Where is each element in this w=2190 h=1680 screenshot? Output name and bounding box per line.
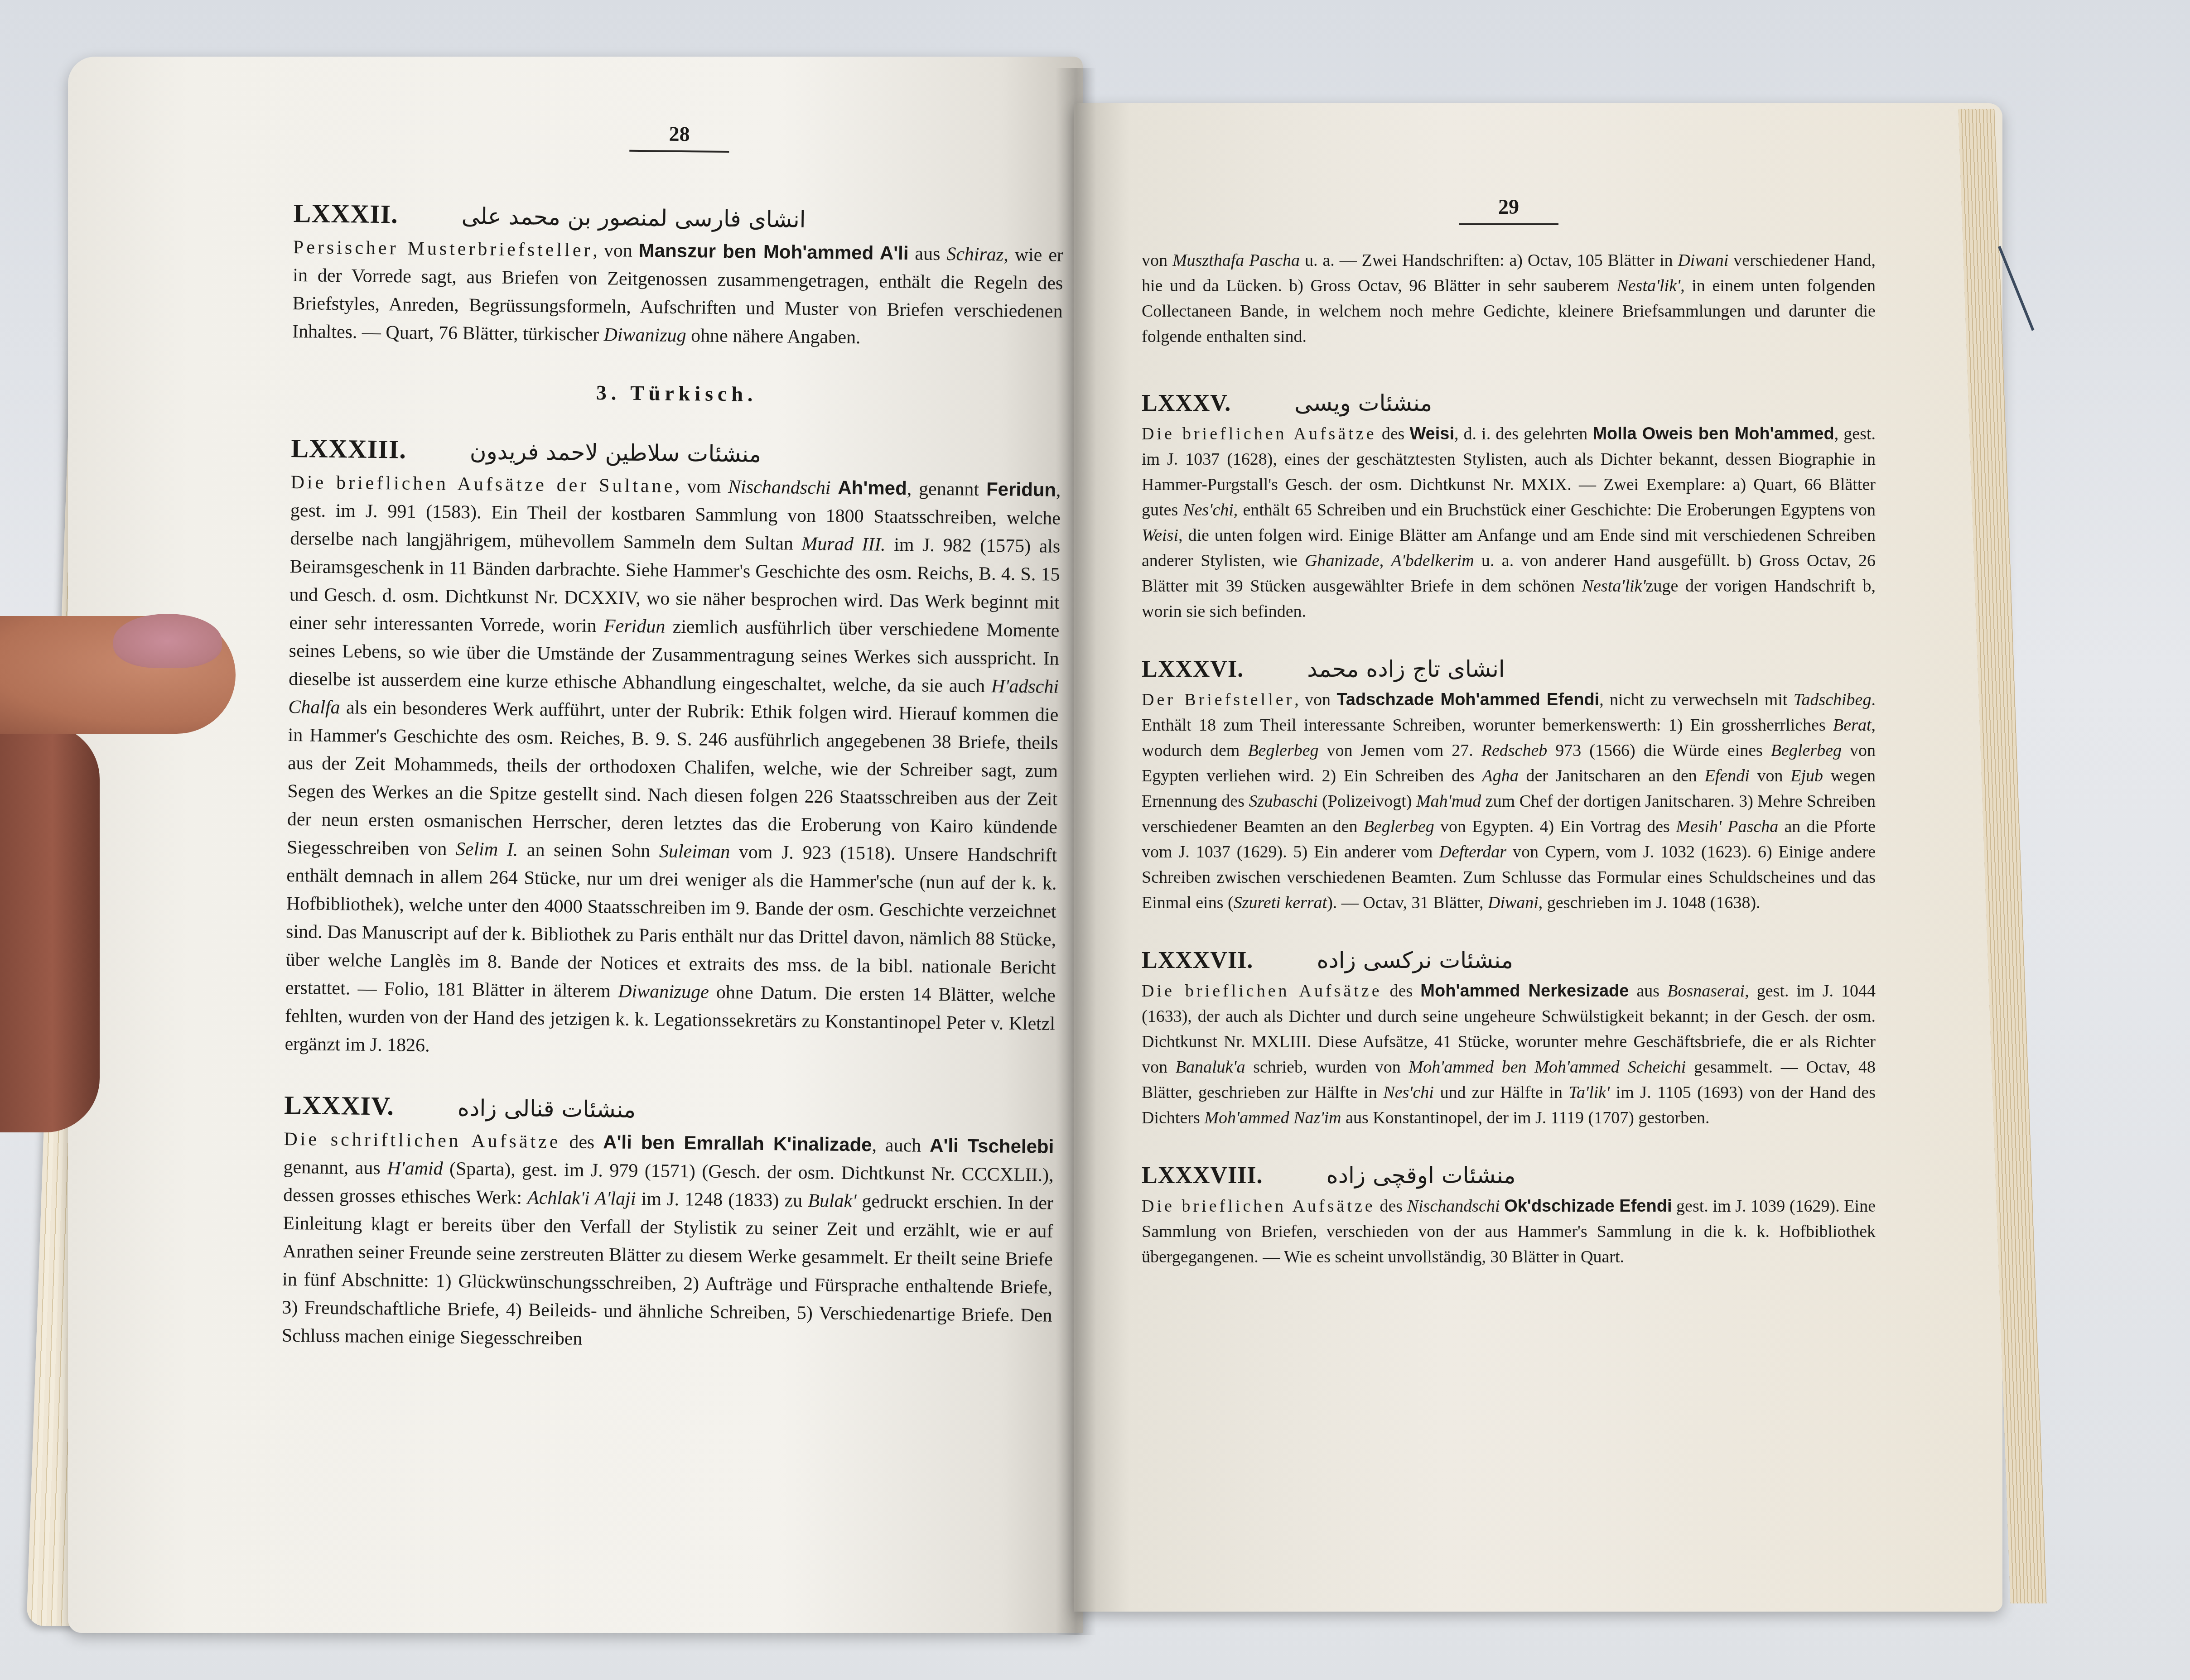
entry-heading: LXXXVI.انشای تاج زاده محمد [1142, 656, 1876, 683]
italic-term: Nischandschi [728, 477, 831, 498]
text-run: von Jemen vom 27. [1319, 741, 1481, 760]
text-run [1500, 1197, 1504, 1216]
text-run: , vom [675, 476, 728, 497]
italic-term: Ta'lik' [1568, 1083, 1610, 1102]
text-run: der Janitscharen an den [1519, 766, 1705, 785]
text-run: u. a. — Zwei Handschriften: a) Octav, 10… [1300, 251, 1678, 270]
entry-body: Die brieflichen Aufsätze des Weisi, d. i… [1142, 421, 1876, 624]
catalog-entry: LXXXIV.منشئات قنالی زادهDie schriftliche… [282, 1090, 1055, 1358]
open-book: 28 LXXXII.انشای فارسی لمنصور بن محمد علی… [0, 0, 2190, 1680]
text-run: , nicht zu verwechseln mit [1599, 690, 1794, 709]
text-run: und zur Hälfte in [1434, 1083, 1568, 1102]
text-run: genannt, aus [283, 1157, 387, 1179]
italic-term: Szubaschi [1249, 792, 1317, 811]
italic-term: Selim I. [456, 839, 518, 860]
italic-term: Beglerbeg [1248, 741, 1318, 760]
bookmark-thread [1998, 246, 2034, 331]
arabic-title: منشئات نرکسی زاده [1317, 947, 1513, 973]
italic-term: Schiraz [946, 244, 1003, 265]
italic-term: Bosnaserai [1667, 982, 1745, 1001]
italic-term: Defterdar [1439, 842, 1506, 862]
arabic-title: منشئات قنالی زاده [458, 1095, 636, 1123]
italic-term: Moh'ammed ben Moh'ammed Scheichi [1409, 1058, 1686, 1077]
bold-name: Ok'dschizade Efendi [1504, 1197, 1672, 1216]
text-run: des [560, 1131, 603, 1153]
arabic-title: انشای تاج زاده محمد [1307, 656, 1505, 682]
text-run: (Polizeivogt) [1317, 792, 1416, 811]
text-run: von [1142, 251, 1172, 270]
catalog-entry: LXXXVI.انشای تاج زاده محمدDer Briefstell… [1142, 656, 1876, 915]
italic-term: Suleiman [659, 841, 730, 863]
italic-term: Weisi [1142, 526, 1178, 545]
italic-term: Ejub [1790, 766, 1823, 785]
entry-body: Die brieflichen Aufsätze der Sultane, vo… [285, 468, 1061, 1066]
catalog-entry: LXXXII.انشای فارسی لمنصور بن محمد علیPer… [292, 198, 1064, 354]
text-run: , von [1294, 690, 1336, 709]
italic-term: Diwanizug [603, 324, 686, 346]
bold-name: Feridun [986, 478, 1056, 501]
italic-term: Diwanizuge [618, 981, 709, 1003]
italic-term: Nischandschi [1407, 1197, 1500, 1216]
text-run: an seinen Sohn [518, 839, 659, 862]
text-run: ohne nähere Angaben. [686, 325, 860, 348]
italic-term: Nes'chi [1183, 501, 1234, 520]
bold-name: Moh'ammed Nerkesizade [1420, 982, 1629, 1001]
text-run [830, 477, 838, 498]
entry-body: Die brieflichen Aufsätze des Nischandsch… [1142, 1194, 1876, 1270]
hand-holding-book [0, 589, 236, 1178]
italic-term: Efendi [1705, 766, 1750, 785]
italic-term: Diwani [1678, 251, 1728, 270]
italic-term: Diwani [1488, 893, 1539, 912]
text-run: , geschrieben im J. 1048 (1638). [1539, 893, 1761, 912]
italic-term: Muszthafa Pascha [1172, 251, 1300, 270]
arabic-title: منشئات اوقچی زاده [1327, 1162, 1516, 1189]
bold-name: A'li Tschelebi [930, 1135, 1054, 1157]
entry-body: Die brieflichen Aufsätze des Moh'ammed N… [1142, 978, 1876, 1131]
text-run: , enthält 65 Schreiben und ein Bruchstüc… [1234, 501, 1876, 520]
text-run: als ein besonderes Werk aufführt, unter … [287, 697, 1059, 860]
entries: LXXXV.منشئات ویسیDie brieflichen Aufsätz… [1142, 390, 1876, 1270]
italic-term: Moh'ammed Naz'im [1204, 1108, 1341, 1127]
entry-numeral: LXXXVII. [1142, 947, 1253, 974]
text-run: 973 (1566) die Würde eines [1547, 741, 1771, 760]
entry-numeral: LXXXII. [293, 198, 398, 229]
entries-after-heading: LXXXIII.منشئات سلاطین لاحمد فریدونDie br… [282, 433, 1061, 1358]
italic-term: Tadschibeg [1794, 690, 1872, 709]
catalog-entry: LXXXVII.منشئات نرکسی زادهDie brieflichen… [1142, 947, 1876, 1131]
entry-numeral: LXXXV. [1142, 390, 1231, 417]
italic-term: Berat [1833, 716, 1871, 735]
text-run: im J. 1248 (1833) zu [636, 1189, 808, 1211]
italic-term: Mah'mud [1416, 792, 1481, 811]
entry-numeral: LXXXIII. [291, 433, 406, 465]
italic-term: Ghanizade [1305, 551, 1380, 570]
catalog-entry: LXXXV.منشئات ویسیDie brieflichen Aufsätz… [1142, 390, 1876, 624]
italic-term: Nesta'lik' [1616, 276, 1680, 295]
entry-numeral: LXXXVI. [1142, 656, 1244, 683]
text-run: , [1380, 551, 1391, 570]
continued-paragraph: von Muszthafa Pascha u. a. — Zwei Handsc… [1142, 248, 1876, 349]
text-run: des [1382, 982, 1421, 1001]
entry-heading: LXXXII.انشای فارسی لمنصور بن محمد علی [293, 198, 1064, 236]
italic-term: Redscheb [1481, 741, 1548, 760]
text-run: ). — Octav, 31 Blätter, [1327, 893, 1488, 912]
text-run: von Egypten. 4) Ein Vortrag des [1434, 817, 1676, 836]
entry-numeral: LXXXIV. [284, 1090, 395, 1122]
right-page-text: 29 von Muszthafa Pascha u. a. — Zwei Han… [1142, 195, 1876, 1301]
bold-name: Tadschzade Moh'ammed Efendi [1336, 690, 1599, 709]
bold-name: Molla Oweis ben Moh'ammed [1592, 424, 1834, 443]
italic-term: Beglerbeg [1771, 741, 1842, 760]
page-number: 29 [1142, 195, 1876, 219]
text-run: Die brieflichen Aufsätze der Sultane [290, 472, 675, 497]
thumbnail [113, 614, 222, 668]
text-run: Die brieflichen Aufsätze [1142, 424, 1377, 443]
text-run: Der Briefsteller [1142, 690, 1294, 709]
italic-term: Beglerbeg [1364, 817, 1434, 836]
entry-heading: LXXXVIII.منشئات اوقچی زاده [1142, 1162, 1876, 1189]
italic-term: Bulak' [808, 1190, 856, 1212]
text-run: Die brieflichen Aufsätze [1142, 982, 1382, 1001]
italic-term: A'bdelkerim [1391, 551, 1474, 570]
bold-name: Weisi [1409, 424, 1454, 443]
entry-heading: LXXXIV.منشئات قنالی زاده [284, 1090, 1055, 1128]
text-run: aus [908, 243, 946, 265]
entry-numeral: LXXXVIII. [1142, 1162, 1263, 1189]
italic-term: H'amid [387, 1158, 443, 1179]
arabic-title: انشای فارسی لمنصور بن محمد علی [461, 203, 806, 233]
text-run: , auch [872, 1135, 930, 1156]
text-run: , genannt [907, 478, 987, 500]
text-run: aus [1629, 982, 1667, 1001]
text-run: vom J. 923 (1518). Unsere Handschrift en… [285, 842, 1057, 1001]
italic-term: Agha [1482, 766, 1518, 785]
fingers [0, 725, 100, 1132]
text-run: des [1375, 1197, 1407, 1216]
text-run: Die schriftlichen Aufsätze [284, 1129, 561, 1152]
text-run: , von [593, 240, 639, 261]
text-run: Die brieflichen Aufsätze [1142, 1197, 1375, 1216]
bold-name: Ah'med [838, 477, 907, 499]
italic-term: Banaluk'a [1176, 1058, 1245, 1077]
italic-term: Nes'chi [1383, 1083, 1434, 1102]
text-run: gedruckt erschien. In der Einleitung kla… [282, 1191, 1054, 1349]
arabic-title: منشئات ویسی [1294, 390, 1432, 416]
entry-heading: LXXXV.منشئات ویسی [1142, 390, 1876, 417]
entry-heading: LXXXVII.منشئات نرکسی زاده [1142, 947, 1876, 974]
text-run: , d. i. des gelehrten [1454, 424, 1593, 443]
text-run: schrieb, wurden von [1245, 1058, 1409, 1077]
left-page-text: 28 LXXXII.انشای فارسی لمنصور بن محمد علی… [281, 118, 1065, 1390]
header-rule [1459, 223, 1558, 225]
bold-name: A'li ben Emrallah K'inalizade [603, 1131, 872, 1155]
header-rule [629, 150, 729, 153]
italic-term: Mesih' Pascha [1676, 817, 1778, 836]
entries-before-heading: LXXXII.انشای فارسی لمنصور بن محمد علیPer… [292, 198, 1064, 354]
text-run: von [1750, 766, 1791, 785]
catalog-entry: LXXXIII.منشئات سلاطین لاحمد فریدونDie br… [285, 433, 1061, 1066]
bold-name: Manszur ben Moh'ammed A'li [639, 240, 909, 264]
arabic-title: منشئات سلاطین لاحمد فریدون [470, 438, 762, 467]
italic-term: Achlak'i A'laji [527, 1188, 636, 1210]
catalog-entry: LXXXVIII.منشئات اوقچی زادهDie briefliche… [1142, 1162, 1876, 1270]
entry-body: Die schriftlichen Aufsätze des A'li ben … [282, 1125, 1054, 1358]
entry-body: Der Briefsteller, von Tadschzade Moh'amm… [1142, 687, 1876, 915]
italic-term: Murad III. [801, 534, 886, 555]
entry-body: Persischer Musterbriefsteller, von Mansz… [292, 233, 1064, 354]
italic-term: Feridun [604, 616, 666, 637]
text-run: des [1377, 424, 1410, 443]
text-run: aus Konstantinopel, der im J. 1119 (1707… [1341, 1108, 1710, 1127]
section-heading: 3. Türkisch. [291, 377, 1061, 409]
entry-heading: LXXXIII.منشئات سلاطین لاحمد فریدون [291, 433, 1061, 472]
italic-term: Szureti kerrat [1234, 893, 1327, 912]
italic-term: Nesta'lik' [1582, 577, 1646, 596]
text-run: Persischer Musterbriefsteller [293, 237, 593, 261]
